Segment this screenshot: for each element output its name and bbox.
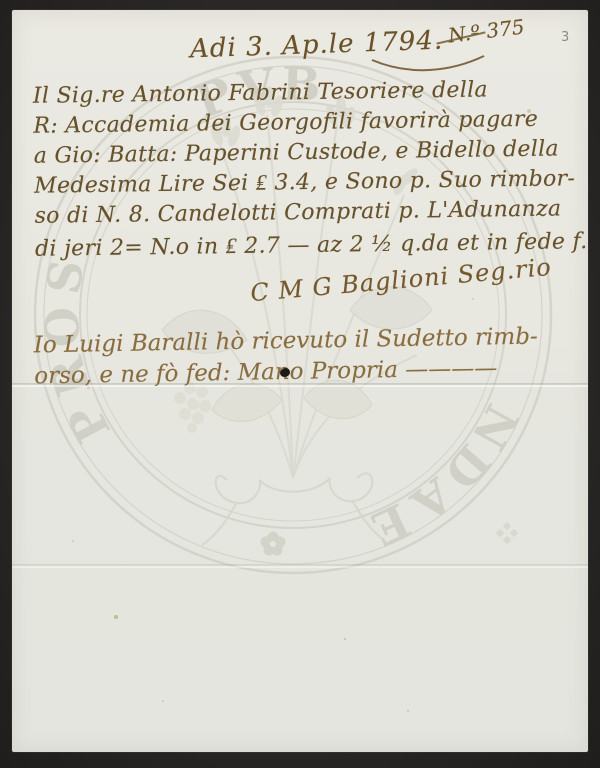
page-number: 3 bbox=[561, 30, 569, 45]
ribbon-bow bbox=[202, 473, 384, 545]
scan-background: P R O S P V B N D A E bbox=[0, 0, 600, 768]
document-page: P R O S P V B N D A E bbox=[12, 10, 588, 752]
seal-letter: P bbox=[57, 395, 121, 451]
body-line: so di N. 8. Candelotti Comprati p. L'Adu… bbox=[34, 194, 579, 232]
body-text: Il Sig.re Antonio Fabrini Tesoriere dell… bbox=[33, 74, 581, 265]
receipt-text: Io Luigi Baralli hò ricevuto il Sudetto … bbox=[33, 322, 538, 393]
diamond-ornament bbox=[496, 522, 518, 544]
foxing-specks bbox=[12, 10, 14, 12]
date-flourish bbox=[368, 52, 488, 78]
rosette-ornament bbox=[261, 532, 286, 556]
seal-letter: E bbox=[363, 492, 418, 556]
